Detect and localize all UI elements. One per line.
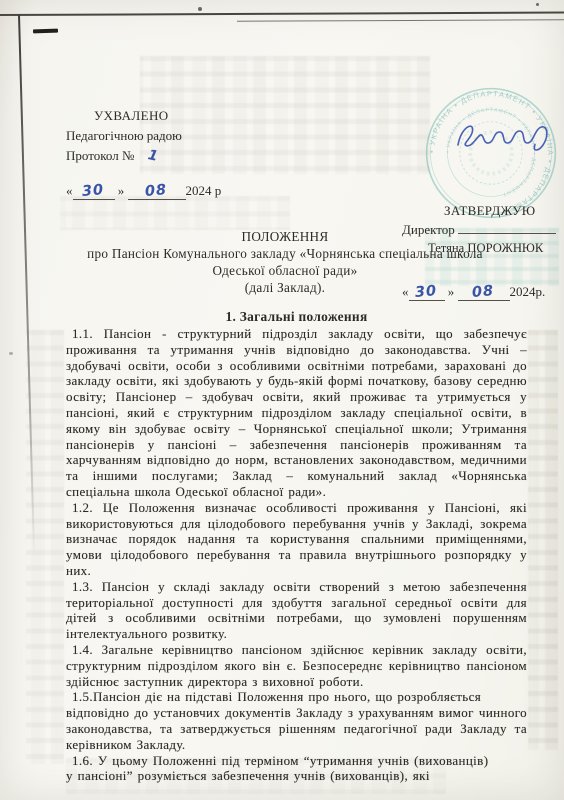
title-line-1: ПОЛОЖЕННЯ — [40, 228, 530, 245]
section-1-heading: 1. Загальні положення — [66, 309, 527, 325]
title-line-2: про Пансіон Комунального закладу «Чорнян… — [40, 245, 530, 262]
title-line-4: (далі Заклад). — [40, 279, 530, 296]
handwritten-protocol-number: 1 — [146, 145, 160, 167]
bleedthrough-text — [60, 196, 290, 230]
title-line-3: Одеської обласної ради» — [40, 262, 530, 279]
paragraph-1-6: 1.6. У цьому Положенні під терміном “утр… — [66, 753, 527, 785]
section-1-body: 1.1. Пансіон - структурний підрозділ зак… — [66, 326, 527, 784]
scan-speck — [536, 3, 539, 6]
paragraph-1-5-continued: відповідно до установчих документів Закл… — [66, 705, 527, 752]
paragraph-1-5: 1.5.Пансіон діє на підставі Положення пр… — [66, 689, 527, 705]
approval-left-block: УХВАЛЕНО Педагогічною радою Протокол № 1… — [66, 106, 296, 201]
scan-top-edge-double — [237, 19, 564, 21]
scan-speck — [198, 7, 202, 11]
director-signature-icon — [451, 114, 553, 164]
bleedthrough-text — [26, 330, 64, 764]
document-title-block: ПОЛОЖЕННЯ про Пансіон Комунального закла… — [40, 228, 530, 296]
handwritten-day: 30 — [82, 183, 105, 200]
scan-left-edge — [18, 15, 35, 555]
paragraph-1-2: 1.2. Це Положення визначає особливості п… — [66, 500, 527, 579]
approval-left-date: «30 » 082024 р — [66, 181, 296, 201]
paragraph-1-3: 1.3. Пансіон у складі закладу освіти ств… — [66, 579, 527, 642]
scan-speck — [9, 352, 13, 355]
handwritten-month: 08 — [145, 183, 168, 200]
year-text: 2024 р — [186, 183, 222, 198]
bleedthrough-text — [528, 330, 558, 750]
approve-label: ЗАТВЕРДЖУЮ — [402, 201, 560, 220]
scanned-document-page: • УКРАЇНА • ДЕПАРТАМЕНТ • УКРАЇНА • ДЕПА… — [0, 0, 564, 800]
pen-dash-mark — [33, 29, 58, 33]
protocol-row: Протокол № 1 — [66, 146, 296, 166]
paragraph-1-1: 1.1. Пансіон - структурний підрозділ зак… — [66, 326, 527, 500]
scan-top-edge — [0, 11, 564, 16]
approved-by-label: Педагогічною радою — [66, 126, 296, 146]
protocol-label: Протокол № — [66, 148, 134, 163]
paragraph-1-4: 1.4. Загальне керівництво пансіоном здій… — [66, 642, 527, 689]
quote-close: » — [118, 183, 125, 198]
approved-label: УХВАЛЕНО — [66, 106, 296, 126]
